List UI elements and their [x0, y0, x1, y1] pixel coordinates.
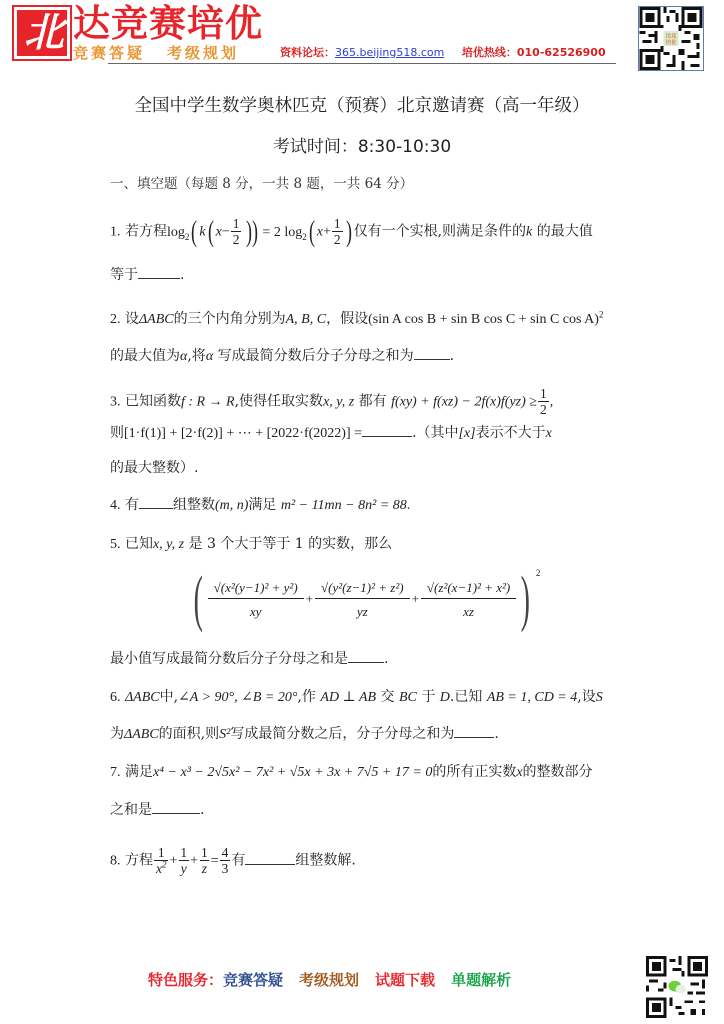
answer-blank-5[interactable] [348, 648, 384, 663]
question-4: 4. 有组整数(m, n)满足 m² − 11mn − 8n² = 88. [110, 494, 410, 517]
answer-blank-4[interactable] [139, 494, 173, 509]
svg-text:达竞: 达竞 [666, 32, 677, 40]
brand-name: 达竞赛培优 [73, 2, 263, 46]
footer-services: 特色服务：竞赛答疑考级规划试题下载单题解析 [148, 970, 511, 990]
answer-blank-6[interactable] [454, 723, 494, 738]
answer-blank-8[interactable] [245, 850, 295, 865]
document-title: 全国中学生数学奥林匹克（预赛）北京邀请赛（高一年级） [0, 93, 724, 119]
slogan-right: 考级规划 [167, 44, 239, 62]
question-7-line-1: 7. 满足x⁴ − x³ − 2√5x² − 7x² + √5x + 3x + … [110, 761, 593, 784]
qr-code-icon: 达竞 培优 [638, 6, 704, 71]
answer-blank-1[interactable] [138, 264, 180, 279]
answer-blank-2[interactable] [414, 345, 450, 360]
question-3-line-3: 的最大整数）. [110, 457, 198, 479]
forum-label: 资料论坛： [280, 46, 335, 59]
logo-glyph: 北 [14, 7, 70, 59]
question-8: 8. 方程1x2+1y+1z=43有组整数解. [110, 845, 356, 876]
section-heading: 一、填空题（每题 8 分，一共 8 题，一共 64 分） [110, 175, 413, 193]
question-6-line-1: 6. ΔABC中,∠A > 90°, ∠B = 20°,作 AD ⊥ AB 交 … [110, 686, 603, 709]
footer-item-competition-qa[interactable]: 竞赛答疑 [223, 971, 283, 989]
hotline-number: 010-62526900 [517, 46, 606, 59]
question-6-line-2: 为ΔABC的面积,则S²写成最简分数之后，分子分母之和为. [110, 723, 499, 746]
answer-blank-7[interactable] [152, 799, 200, 814]
formula-term-2: √(y²(z−1)² + z²) yz [318, 578, 407, 621]
question-5-line-2: 最小值写成最简分数后分子分母之和是. [110, 648, 388, 670]
hotline-label: 培优热线： [462, 46, 517, 59]
wechat-qr-code-icon [646, 956, 708, 1018]
question-3-line-2: 则[1·f(1)] + [2·f(2)] + ⋯ + [2022·f(2022)… [110, 422, 552, 445]
formula-term-1: √(x²(y−1)² + y²) xy [211, 578, 301, 621]
header-divider [108, 63, 616, 64]
svg-text:培优: 培优 [666, 38, 677, 46]
footer-item-download[interactable]: 试题下载 [375, 971, 435, 989]
footer-item-exam-planning[interactable]: 考级规划 [299, 971, 359, 989]
question-1-line-2: 等于. [110, 264, 184, 286]
answer-blank-3[interactable] [362, 422, 412, 437]
question-7-line-2: 之和是. [110, 799, 204, 821]
question-1-line-1: 1. 若方程log2(k(x−12))= 2 log2(x+12)仅有一个实根,… [110, 216, 593, 247]
question-5-formula: ( √(x²(y−1)² + y²) xy + √(y²(z−1)² + z²)… [188, 566, 540, 632]
question-2-line-1: 2. 设ΔABC的三个内角分别为A, B, C，假设(sin A cos B +… [110, 308, 603, 331]
footer-item-analysis[interactable]: 单题解析 [451, 971, 511, 989]
exam-time: 考试时间：8:30-10:30 [0, 134, 724, 160]
question-2-line-2: 的最大值为α,将α 写成最简分数后分子分母之和为. [110, 345, 454, 368]
formula-term-3: √(z²(x−1)² + x²) xz [424, 578, 513, 621]
forum-link[interactable]: 365.beijing518.com [335, 46, 444, 59]
question-5-line-1: 5. 已知x, y, z 是 3 个大于等于 1 的实数，那么 [110, 533, 392, 556]
brand-logo: 北 [12, 5, 72, 61]
brand-slogan: 竞赛答疑考级规划 [73, 44, 239, 62]
forum-info: 资料论坛：365.beijing518.com 培优热线：010-6252690… [280, 46, 606, 60]
footer-label: 特色服务： [148, 971, 223, 989]
question-3-line-1: 3. 已知函数f : R → R,使得任取实数x, y, z 都有 f(xy) … [110, 386, 553, 417]
slogan-left: 竞赛答疑 [73, 44, 145, 62]
